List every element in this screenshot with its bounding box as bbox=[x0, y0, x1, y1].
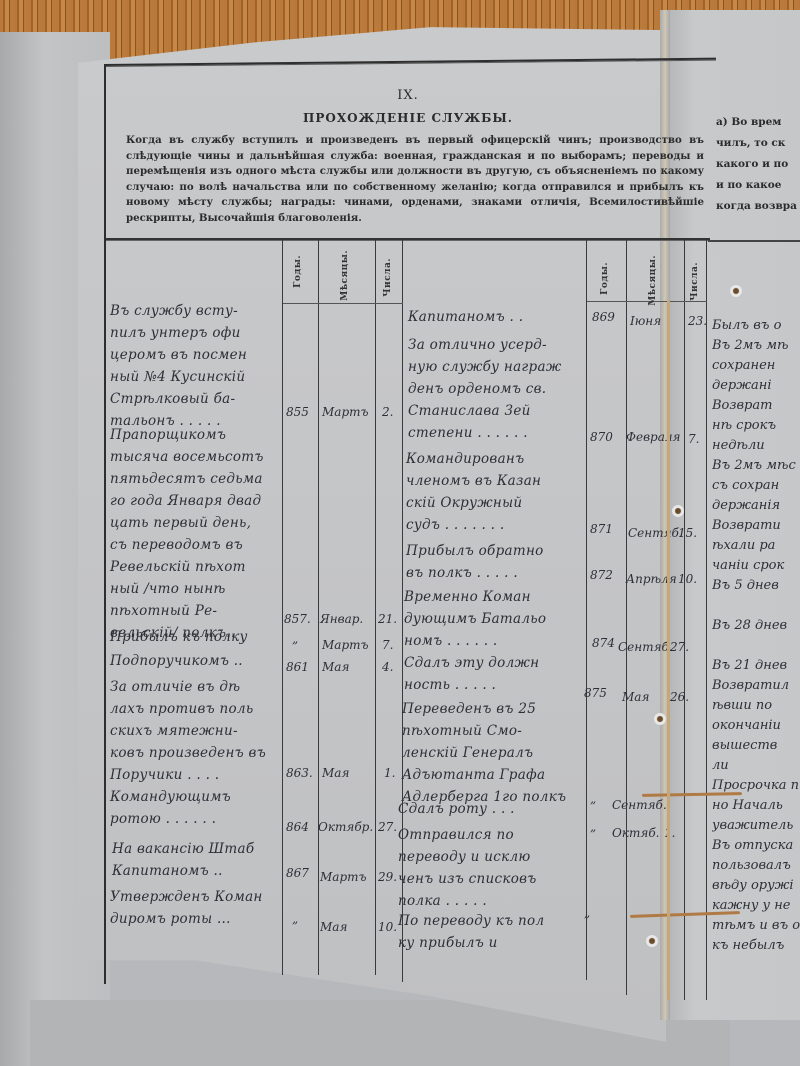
section-header: IX. ПРОХОЖДЕНІЕ СЛУЖБЫ. Когда въ службу … bbox=[106, 68, 710, 240]
entry-day: 7. bbox=[688, 432, 699, 446]
service-entry: Утвержденъ Коман диромъ роты ... bbox=[110, 886, 263, 930]
binding-hole bbox=[654, 713, 666, 725]
service-entry: Отправился по переводу и исклю ченъ изъ … bbox=[398, 824, 537, 912]
section-numeral: IX. bbox=[106, 88, 710, 103]
entry-year: 857. bbox=[284, 612, 311, 626]
entry-month: Январ. bbox=[320, 612, 363, 626]
col-header-years-2: Годы. bbox=[600, 262, 610, 295]
col-divider bbox=[375, 240, 376, 975]
binding-thread bbox=[667, 300, 670, 1000]
entry-year: „ bbox=[292, 912, 298, 926]
col-divider bbox=[706, 240, 707, 1000]
entry-day: 27. bbox=[378, 820, 397, 834]
col-header-months: Мѣсяцы. bbox=[340, 250, 350, 301]
entry-year: 871 bbox=[590, 522, 613, 536]
right-page-divider bbox=[708, 240, 800, 242]
right-page-handwriting: Былъ въ о Въ 2мъ мѣ сохранен держані Воз… bbox=[712, 316, 800, 956]
service-entry: Въ службу всту- пилъ унтеръ офи церомъ в… bbox=[110, 300, 247, 432]
service-entry: Прапорщикомъ тысяча восемьсотъ пятьдесят… bbox=[110, 424, 264, 644]
service-entry: Сдалъ эту должн ность . . . . . bbox=[404, 652, 539, 696]
entry-day: 15. bbox=[678, 526, 697, 540]
entry-day: 27. bbox=[670, 640, 689, 654]
service-entry: На вакансію Штаб Капитаномъ .. bbox=[112, 838, 254, 882]
entry-year: 863. bbox=[286, 766, 313, 780]
entry-year: 874 bbox=[592, 636, 615, 650]
service-entry: За отличіе въ дѣ лахъ противъ поль скихъ… bbox=[110, 676, 266, 786]
binding-hole bbox=[730, 285, 742, 297]
col-divider bbox=[586, 240, 587, 980]
entry-day: 29. bbox=[378, 870, 397, 884]
col-divider bbox=[684, 240, 685, 1000]
service-entry: Прибылъ обратно въ полкъ . . . . . bbox=[406, 540, 544, 584]
entry-month: Іюня bbox=[630, 314, 661, 328]
entry-day: 1. bbox=[384, 766, 395, 780]
entry-day: 4. bbox=[382, 660, 393, 674]
entry-day: 21. bbox=[378, 612, 397, 626]
right-page-printed-text: а) Во врем чилъ, то ск какого и по и по … bbox=[716, 112, 800, 217]
col-divider bbox=[282, 240, 283, 975]
entry-month: Мартъ bbox=[322, 405, 369, 419]
binding-hole bbox=[672, 505, 684, 517]
service-entry: Переведенъ въ 25 пѣхотный Смо- ленскій Г… bbox=[402, 698, 566, 808]
service-entry: Сдалъ роту . . . bbox=[398, 798, 515, 820]
header-divider bbox=[106, 238, 710, 241]
section-title: ПРОХОЖДЕНІЕ СЛУЖБЫ. bbox=[106, 111, 710, 125]
service-entry: Капитаномъ . . bbox=[408, 306, 523, 328]
service-entry: Прибылъ къ полку bbox=[110, 626, 248, 648]
col-header-months-2: Мѣсяцы. bbox=[648, 255, 658, 306]
entry-year: 875 bbox=[584, 686, 607, 700]
entry-year: 872 bbox=[590, 568, 613, 582]
service-entry: Командующимъ ротою . . . . . . bbox=[110, 786, 231, 830]
entry-day: 2. bbox=[382, 405, 393, 419]
entry-month: Мая bbox=[622, 690, 649, 704]
col-header-days-2: Числа. bbox=[690, 262, 700, 301]
entry-month: Мая bbox=[320, 920, 347, 934]
entry-year: „ bbox=[590, 792, 596, 806]
service-entry: За отлично усерд- ную службу награж денъ… bbox=[408, 334, 562, 444]
entry-day: 7. bbox=[382, 638, 393, 652]
entry-month: Сентяб. bbox=[628, 526, 683, 540]
col-header-years: Годы. bbox=[293, 255, 303, 288]
section-description: Когда въ службу вступилъ и произведенъ в… bbox=[126, 133, 704, 226]
entry-month: Мая bbox=[322, 660, 349, 674]
header-row-line bbox=[283, 303, 403, 304]
entry-month: Октябр. bbox=[318, 820, 373, 834]
entry-day: 10. bbox=[378, 920, 397, 934]
entry-year: „ bbox=[590, 820, 596, 834]
entry-day: 10. bbox=[678, 572, 697, 586]
service-entry: По переводу къ пол ку прибылъ и bbox=[398, 910, 544, 954]
service-entry: Командированъ членомъ въ Казан скій Окру… bbox=[406, 448, 541, 536]
service-entry: Временно Коман дующимъ Батальо номъ . . … bbox=[404, 586, 546, 652]
entry-year: 855 bbox=[286, 405, 309, 419]
entry-month: Мая bbox=[322, 766, 349, 780]
entry-month: Сентяб. bbox=[618, 640, 673, 654]
header-row-line bbox=[587, 301, 707, 302]
binding-hole bbox=[646, 935, 658, 947]
entry-day: 26. bbox=[670, 690, 689, 704]
entry-year: „ bbox=[292, 632, 298, 646]
col-header-days: Числа. bbox=[383, 258, 393, 297]
entry-month: Сентяб. bbox=[612, 798, 667, 812]
entry-year: 870 bbox=[590, 430, 613, 444]
entry-day: 23. bbox=[688, 314, 707, 328]
entry-year: „ bbox=[584, 906, 590, 920]
col-divider bbox=[626, 240, 627, 995]
entry-year: 864 bbox=[286, 820, 309, 834]
entry-year: 869 bbox=[592, 310, 615, 324]
col-divider bbox=[318, 240, 319, 975]
entry-month: Мартъ bbox=[320, 870, 367, 884]
service-entry: Подпоручикомъ .. bbox=[110, 650, 243, 672]
entry-month: Октяб. bbox=[612, 826, 659, 840]
entry-year: 867 bbox=[286, 866, 309, 880]
entry-month: Февраля bbox=[626, 430, 680, 444]
entry-year: 861 bbox=[286, 660, 309, 674]
entry-month: Мартъ bbox=[322, 638, 369, 652]
